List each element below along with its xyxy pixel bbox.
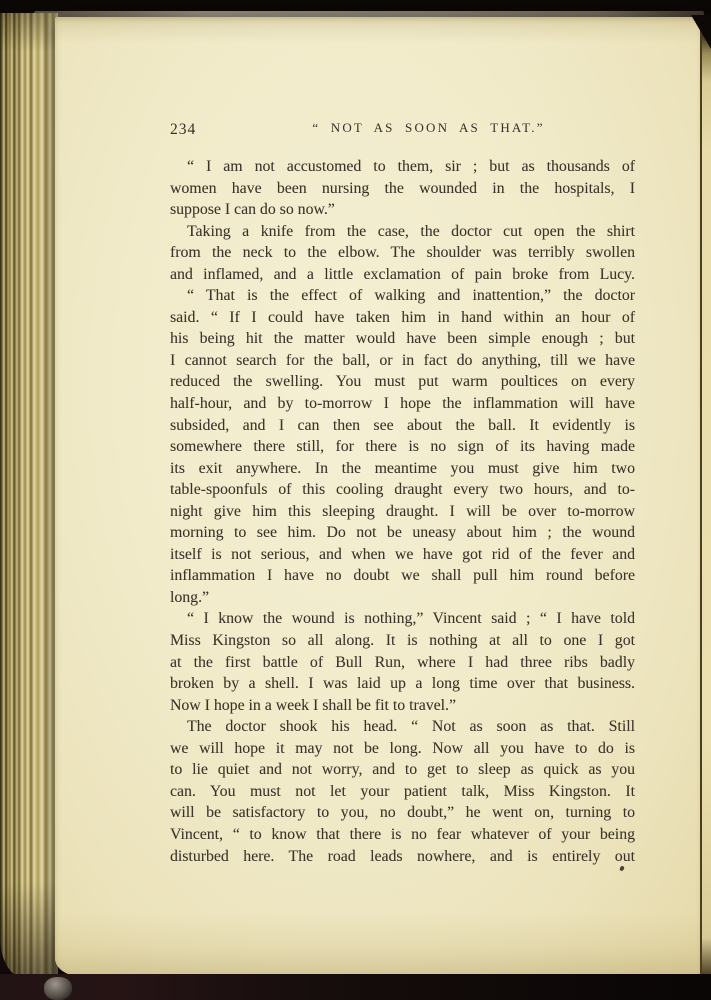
text-line: subsided, and I can then see about the b…: [170, 415, 635, 437]
text-line: long.”: [170, 587, 635, 609]
text-line: Miss Kingston so all along. It is nothin…: [170, 630, 635, 652]
book-page: 234 “ NOT AS SOON AS THAT.” “ I am not a…: [55, 17, 702, 976]
text-line: Taking a knife from the case, the doctor…: [170, 221, 635, 243]
text-line: said. “ If I could have taken him in han…: [170, 307, 635, 329]
text-line: The doctor shook his head. “ Not as soon…: [170, 716, 635, 738]
page-edge-right: [700, 15, 711, 976]
page-header: 234 “ NOT AS SOON AS THAT.”: [170, 120, 635, 142]
ink-speck: [619, 865, 624, 871]
text-line: “ That is the effect of walking and inat…: [170, 285, 635, 307]
text-line: table-spoonfuls of this cooling draught …: [170, 479, 635, 501]
text-line: somewhere there still, for there is no s…: [170, 436, 635, 458]
text-line: to lie quiet and not worry, and to get t…: [170, 759, 635, 781]
text-line: at the first battle of Bull Run, where I…: [170, 652, 635, 674]
text-line: and inflamed, and a little exclamation o…: [170, 264, 635, 286]
text-line: itself is not serious, and when we have …: [170, 544, 635, 566]
text-line: “ I am not accustomed to them, sir ; but…: [170, 156, 635, 178]
running-header: “ NOT AS SOON AS THAT.”: [170, 120, 635, 136]
book-bottom-edge: [0, 974, 711, 1000]
page-number: 234: [170, 121, 196, 139]
text-line: disturbed here. The road leads nowhere, …: [170, 846, 635, 868]
text-line: from the neck to the elbow. The shoulder…: [170, 242, 635, 264]
text-line: “ I know the wound is nothing,” Vincent …: [170, 608, 635, 630]
text-line: Vincent, “ to know that there is no fear…: [170, 824, 635, 846]
text-line: morning to see him. Do not be uneasy abo…: [170, 522, 635, 544]
text-line: reduced the swelling. You must put warm …: [170, 371, 635, 393]
text-line: night give him this sleeping draught. I …: [170, 501, 635, 523]
text-line: will be satisfactory to you, no doubt,” …: [170, 802, 635, 824]
text-line: his being hit the matter would have been…: [170, 328, 635, 350]
text-line: broken by a shell. I was laid up a long …: [170, 673, 635, 695]
text-line: suppose I can do so now.”: [170, 199, 635, 221]
text-line: its exit anywhere. In the meantime you m…: [170, 458, 635, 480]
text-line: half-hour, and by to-morrow I hope the i…: [170, 393, 635, 415]
text-line: we will hope it may not be long. Now all…: [170, 738, 635, 760]
text-line: I cannot search for the ball, or in fact…: [170, 350, 635, 372]
text-line: inflammation I have no doubt we shall pu…: [170, 565, 635, 587]
scanned-book-photo: 234 “ NOT AS SOON AS THAT.” “ I am not a…: [0, 0, 711, 1000]
text-line: Now I hope in a week I shall be fit to t…: [170, 695, 635, 717]
page-text: “ I am not accustomed to them, sir ; but…: [170, 156, 635, 867]
text-line: women have been nursing the wounded in t…: [170, 178, 635, 200]
book-stand: [44, 977, 72, 1000]
page-edge-stack-left: [0, 13, 58, 979]
text-line: can. You must not let your patient talk,…: [170, 781, 635, 803]
